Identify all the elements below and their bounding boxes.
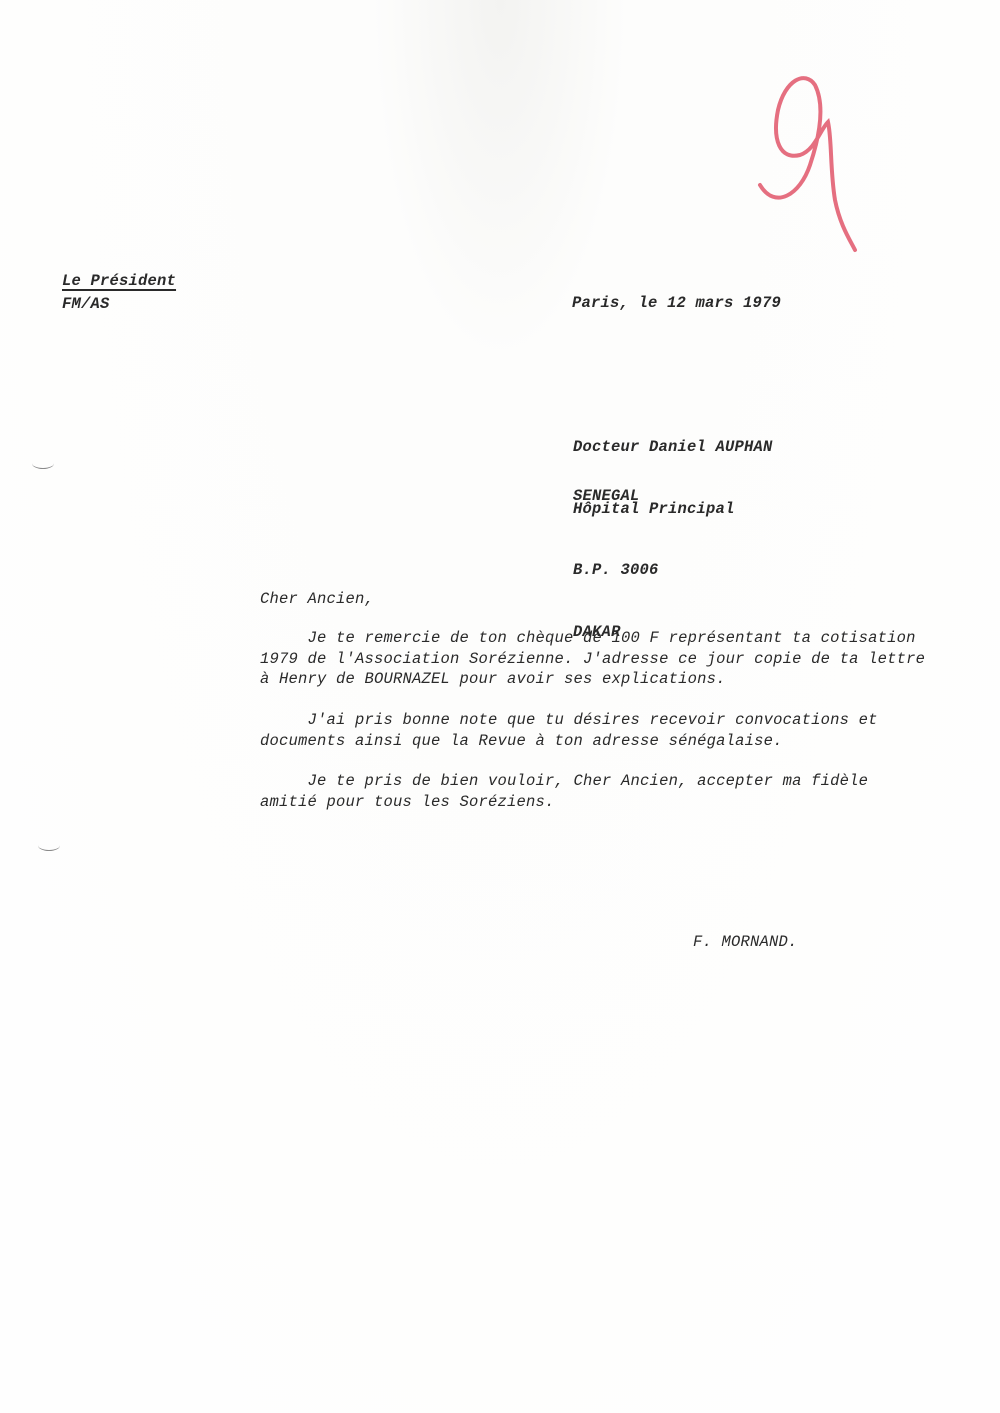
paragraph-line: amitié pour tous les Soréziens.	[260, 792, 980, 813]
signature: F. MORNAND.	[693, 933, 798, 951]
paragraph-line: Je te remercie de ton chèque de 100 F re…	[260, 628, 980, 649]
body-paragraph: J'ai pris bonne note que tu désires rece…	[260, 710, 980, 751]
handwritten-red-mark-icon	[740, 60, 880, 260]
paragraph-line: à Henry de BOURNAZEL pour avoir ses expl…	[260, 669, 980, 690]
paper-crease	[38, 840, 60, 851]
letter-page: Le Président FM/AS Paris, le 12 mars 197…	[0, 0, 1000, 1413]
sender-title: Le Président	[62, 272, 176, 290]
paragraph-line: 1979 de l'Association Sorézienne. J'adre…	[260, 649, 980, 670]
body-paragraph: Je te pris de bien vouloir, Cher Ancien,…	[260, 771, 980, 812]
salutation: Cher Ancien,	[260, 590, 374, 608]
paragraph-line: documents ainsi que la Revue à ton adres…	[260, 731, 980, 752]
place-date: Paris, le 12 mars 1979	[572, 294, 781, 312]
paragraph-line: Je te pris de bien vouloir, Cher Ancien,…	[260, 771, 980, 792]
recipient-line: Docteur Daniel AUPHAN	[573, 437, 773, 458]
reference: FM/AS	[62, 295, 110, 313]
paper-crease	[32, 458, 54, 469]
recipient-line: B.P. 3006	[573, 560, 773, 581]
recipient-country: SENEGAL	[573, 487, 640, 505]
body-paragraph: Je te remercie de ton chèque de 100 F re…	[260, 628, 980, 690]
paragraph-line: J'ai pris bonne note que tu désires rece…	[260, 710, 980, 731]
